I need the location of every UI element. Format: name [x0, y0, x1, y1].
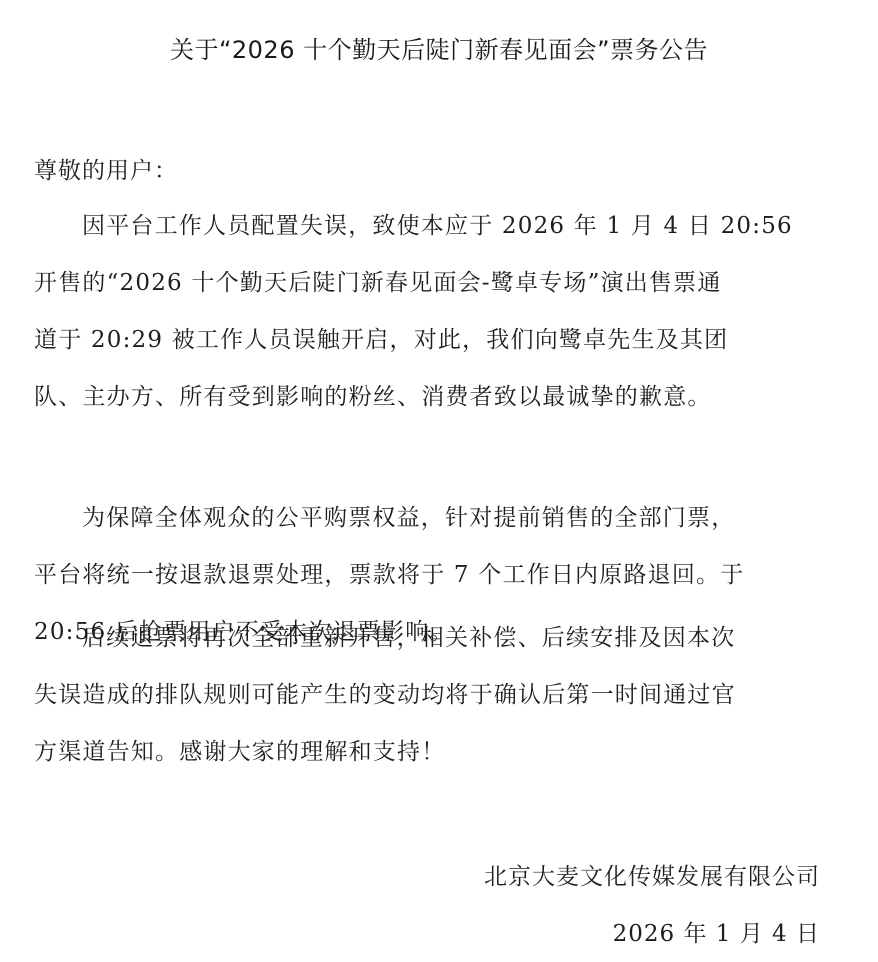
- paragraph-followup: 后续退票将再次全部重新开售，相关补偿、后续安排及因本次 失误造成的排队规则可能产…: [34, 610, 824, 781]
- announcement-document: 关于“2026 十个勤天后陡门新春见面会”票务公告 尊敬的用户： 因平台工作人员…: [0, 0, 878, 962]
- paragraph-line: 道于 20:29 被工作人员误触开启，对此，我们向鹭卓先生及其团: [34, 312, 824, 369]
- signature-organization: 北京大麦文化传媒发展有限公司: [484, 858, 820, 891]
- salutation: 尊敬的用户：: [34, 152, 178, 185]
- paragraph-line: 后续退票将再次全部重新开售，相关补偿、后续安排及因本次: [34, 610, 824, 667]
- paragraph-line: 平台将统一按退款退票处理，票款将于 7 个工作日内原路退回。于: [34, 547, 824, 604]
- paragraph-line: 方渠道告知。感谢大家的理解和支持！: [34, 724, 824, 781]
- document-title: 关于“2026 十个勤天后陡门新春见面会”票务公告: [0, 30, 878, 65]
- signature-date: 2026 年 1 月 4 日: [613, 915, 820, 948]
- paragraph-line: 队、主办方、所有受到影响的粉丝、消费者致以最诚挚的歉意。: [34, 369, 824, 426]
- paragraph-line: 开售的“2026 十个勤天后陡门新春见面会-鹭卓专场”演出售票通: [34, 255, 824, 312]
- paragraph-line: 因平台工作人员配置失误，致使本应于 2026 年 1 月 4 日 20:56: [34, 198, 824, 255]
- paragraph-line: 失误造成的排队规则可能产生的变动均将于确认后第一时间通过官: [34, 667, 824, 724]
- paragraph-apology: 因平台工作人员配置失误，致使本应于 2026 年 1 月 4 日 20:56 开…: [34, 198, 824, 426]
- paragraph-line: 为保障全体观众的公平购票权益，针对提前销售的全部门票，: [34, 490, 824, 547]
